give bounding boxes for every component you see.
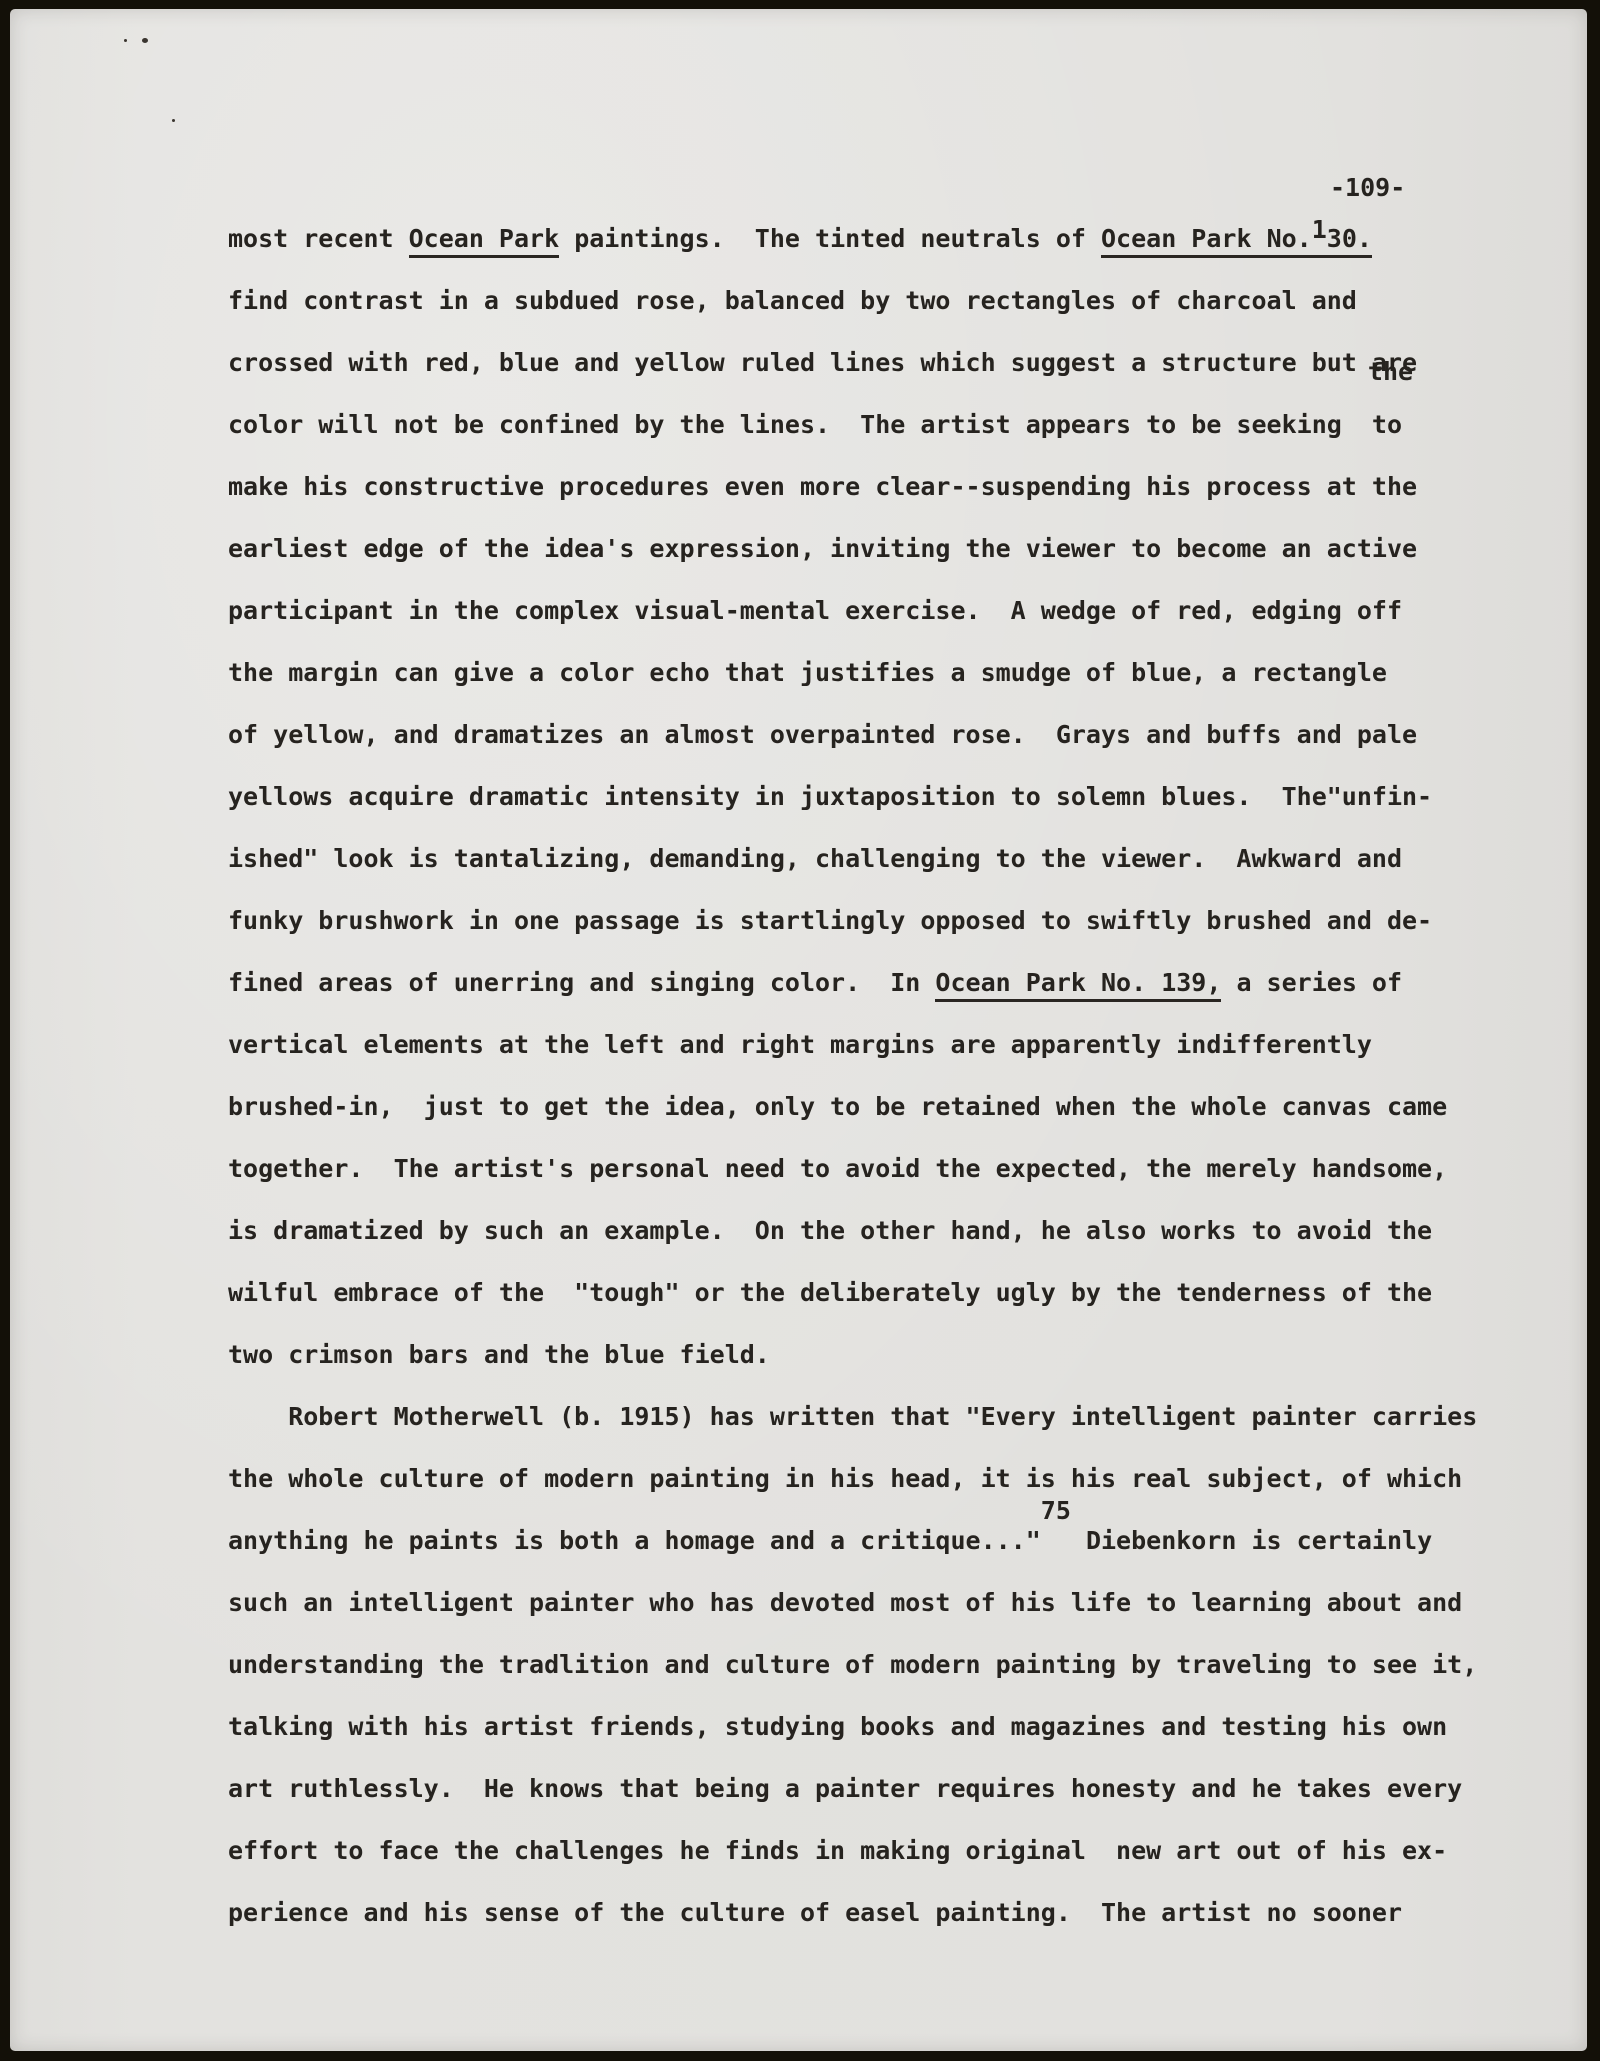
text-line: participant in the complex visual-mental… — [228, 580, 1477, 642]
scan-speck — [124, 39, 127, 42]
document-page: -109- most recent Ocean Park paintings. … — [10, 9, 1587, 2051]
text-segment: together. The artist's personal need to … — [228, 1154, 1447, 1183]
text-line: Robert Motherwell (b. 1915) has written … — [228, 1386, 1477, 1448]
text-line: crossed with red, blue and yellow ruled … — [228, 332, 1477, 394]
text-segment: 1 — [1312, 224, 1327, 258]
text-segment: anything he paints is both a homage and … — [228, 1526, 1041, 1555]
text-line: wilful embrace of the "tough" or the del… — [228, 1262, 1477, 1324]
text-segment: funky brushwork in one passage is startl… — [228, 906, 1432, 935]
text-line: make his constructive procedures even mo… — [228, 456, 1477, 518]
text-segment: talking with his artist friends, studyin… — [228, 1712, 1447, 1741]
text-segment: ished" look is tantalizing, demanding, c… — [228, 844, 1402, 873]
text-line: the margin can give a color echo that ju… — [228, 642, 1477, 704]
text-segment: paintings. The tinted neutrals of — [559, 224, 1101, 253]
text-segment: vertical elements at the left and right … — [228, 1030, 1372, 1059]
text-segment: understanding the tradlition and culture… — [228, 1650, 1477, 1679]
text-line: the whole culture of modern painting in … — [228, 1448, 1477, 1510]
text-segment: yellows acquire dramatic intensity in ju… — [228, 782, 1432, 811]
text-segment: a series of — [1221, 968, 1402, 997]
text-segment: effort to face the challenges he finds i… — [228, 1836, 1447, 1865]
text-segment: Robert Motherwell (b. 1915) has written … — [228, 1402, 1477, 1431]
text-line: together. The artist's personal need to … — [228, 1138, 1477, 1200]
text-segment: wilful embrace of the "tough" or the del… — [228, 1278, 1432, 1307]
text-segment: such an intelligent painter who has devo… — [228, 1588, 1462, 1617]
text-segment: 75 — [1041, 1526, 1071, 1555]
text-segment: crossed with red, blue and yellow ruled … — [228, 348, 1372, 377]
text-segment: brushed-in, just to get the idea, only t… — [228, 1092, 1447, 1121]
text-line: funky brushwork in one passage is startl… — [228, 890, 1477, 952]
text-segment: perience and his sense of the culture of… — [228, 1898, 1402, 1927]
text-segment: the whole culture of modern painting in … — [228, 1464, 1462, 1493]
text-line: find contrast in a subdued rose, balance… — [228, 270, 1477, 332]
text-segment: earliest edge of the idea's expression, … — [228, 534, 1417, 563]
typed-text: most recent Ocean Park paintings. The ti… — [228, 208, 1477, 1944]
text-segment: two crimson bars and the blue field. — [228, 1340, 770, 1369]
text-line: earliest edge of the idea's expression, … — [228, 518, 1477, 580]
text-segment: make his constructive procedures even mo… — [228, 472, 1417, 501]
text-segment: arethe — [1372, 332, 1417, 394]
text-line: effort to face the challenges he finds i… — [228, 1820, 1477, 1882]
text-line: of yellow, and dramatizes an almost over… — [228, 704, 1477, 766]
text-segment: color will not be confined by the lines.… — [228, 410, 1402, 439]
scan-speck — [142, 38, 148, 43]
text-line: perience and his sense of the culture of… — [228, 1882, 1477, 1944]
text-segment: Ocean Park — [409, 224, 560, 258]
page-number: -109- — [1330, 175, 1405, 200]
text-line: color will not be confined by the lines.… — [228, 394, 1477, 456]
text-segment: Ocean Park No. 139, — [935, 968, 1221, 1002]
text-segment: art ruthlessly. He knows that being a pa… — [228, 1774, 1462, 1803]
scanned-document: { "page": { "number_label": "-109-", "li… — [0, 0, 1600, 2061]
text-line: yellows acquire dramatic intensity in ju… — [228, 766, 1477, 828]
text-line: vertical elements at the left and right … — [228, 1014, 1477, 1076]
text-segment: the margin can give a color echo that ju… — [228, 658, 1387, 687]
text-segment: most recent — [228, 224, 409, 253]
text-line: two crimson bars and the blue field. — [228, 1324, 1477, 1386]
text-line: understanding the tradlition and culture… — [228, 1634, 1477, 1696]
text-segment: 30. — [1327, 224, 1372, 258]
text-segment: Diebenkorn is certainly — [1071, 1526, 1432, 1555]
text-line: such an intelligent painter who has devo… — [228, 1572, 1477, 1634]
text-line: most recent Ocean Park paintings. The ti… — [228, 208, 1477, 270]
text-segment: Ocean Park No. — [1101, 224, 1312, 258]
text-line: brushed-in, just to get the idea, only t… — [228, 1076, 1477, 1138]
text-segment: fined areas of unerring and singing colo… — [228, 968, 935, 997]
text-segment: participant in the complex visual-mental… — [228, 596, 1402, 625]
text-segment: find contrast in a subdued rose, balance… — [228, 286, 1357, 315]
text-line: anything he paints is both a homage and … — [228, 1510, 1477, 1572]
text-line: art ruthlessly. He knows that being a pa… — [228, 1758, 1477, 1820]
text-line: fined areas of unerring and singing colo… — [228, 952, 1477, 1014]
text-line: talking with his artist friends, studyin… — [228, 1696, 1477, 1758]
text-line: ished" look is tantalizing, demanding, c… — [228, 828, 1477, 890]
text-segment: of yellow, and dramatizes an almost over… — [228, 720, 1417, 749]
text-line: is dramatized by such an example. On the… — [228, 1200, 1477, 1262]
text-segment: is dramatized by such an example. On the… — [228, 1216, 1432, 1245]
scan-speck — [172, 119, 175, 122]
